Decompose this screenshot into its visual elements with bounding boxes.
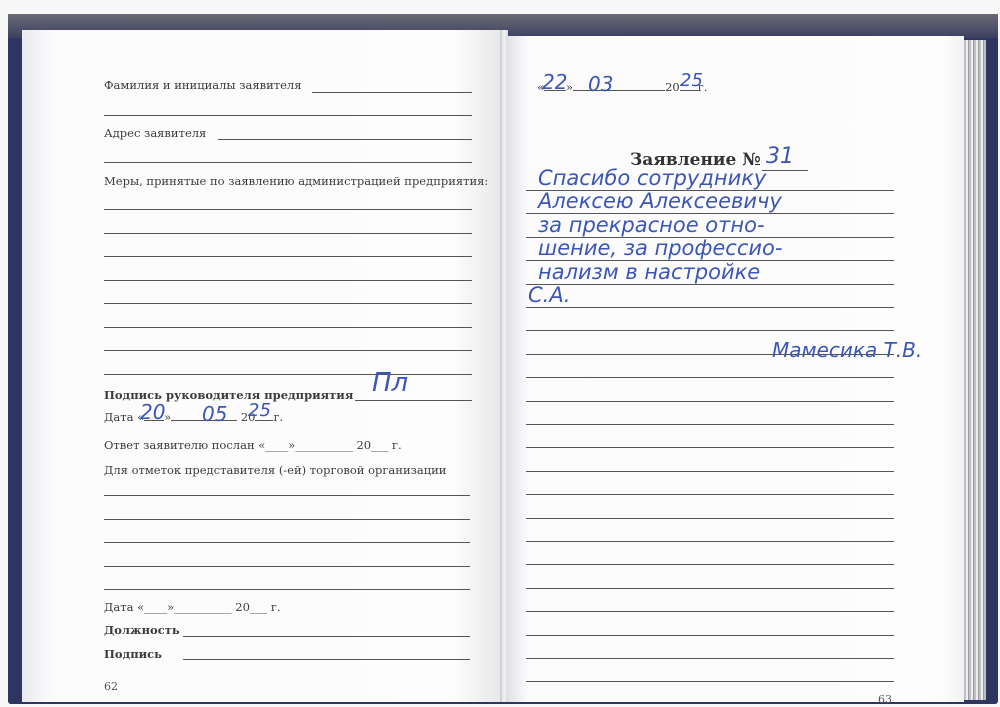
right-page: [508, 36, 964, 702]
statement-line[interactable]: [526, 518, 894, 519]
statement-line[interactable]: [526, 307, 894, 308]
statement-number: 31: [766, 144, 794, 169]
statement-line[interactable]: [526, 635, 894, 636]
book-gutter: [500, 30, 508, 702]
measures-line[interactable]: [104, 303, 472, 304]
measures-line[interactable]: [104, 209, 472, 210]
trade-org-label: Для отметок представителя (-ей) торговой…: [104, 463, 446, 477]
measures-label: Меры, принятые по заявлению администраци…: [104, 174, 488, 188]
statement-date-month: 03: [588, 72, 613, 96]
applicant-name-label: Фамилия и инициалы заявителя: [104, 78, 302, 92]
applicant-address-label: Адрес заявителя: [104, 126, 206, 140]
head-signature-field[interactable]: [355, 400, 472, 401]
statement-text-line: нализм в настройке: [538, 260, 760, 284]
measures-line[interactable]: [104, 327, 472, 328]
statement-text-line: Алексею Алексеевичу: [538, 189, 782, 213]
statement-number-field[interactable]: [762, 170, 808, 171]
statement-line[interactable]: [526, 471, 894, 472]
applicant-address-field[interactable]: [218, 139, 472, 140]
measures-line[interactable]: [104, 233, 472, 234]
signature-field[interactable]: [183, 659, 470, 660]
statement-line[interactable]: [526, 681, 894, 682]
head-date-day: 20: [140, 400, 165, 424]
statement-text-line: за прекрасное отно-: [538, 213, 765, 237]
statement-line[interactable]: [526, 330, 894, 331]
page-number-left: 62: [104, 680, 118, 693]
statement-line[interactable]: [526, 611, 894, 612]
author-signature: Мамесика Т.В.: [772, 338, 922, 362]
statement-line[interactable]: [526, 401, 894, 402]
head-date-month: 05: [202, 402, 227, 426]
statement-date-day: 22: [542, 70, 567, 94]
trade-org-line[interactable]: [104, 589, 470, 590]
measures-line[interactable]: [104, 374, 472, 375]
page-edges: [964, 40, 986, 700]
statement-line[interactable]: [526, 424, 894, 425]
statement-line[interactable]: [526, 564, 894, 565]
page-number-right: 63: [878, 693, 892, 706]
measures-line[interactable]: [104, 350, 472, 351]
head-date-year: 25: [248, 400, 271, 421]
statement-text-line: Спасибо сотруднику: [538, 166, 766, 190]
statement-text-line: С.А.: [528, 283, 570, 307]
reply-sent-label: Ответ заявителю послан «____»__________ …: [104, 438, 402, 452]
statement-line[interactable]: [526, 284, 894, 285]
statement-line[interactable]: [526, 494, 894, 495]
measures-line[interactable]: [104, 256, 472, 257]
signature-label: Подпись: [104, 647, 162, 661]
date-blank-label: Дата «____»__________ 20___ г.: [104, 600, 281, 614]
statement-date-month-field[interactable]: [573, 90, 665, 91]
statement-line[interactable]: [526, 447, 894, 448]
trade-org-line[interactable]: [104, 519, 470, 520]
trade-org-line[interactable]: [104, 542, 470, 543]
trade-org-line[interactable]: [104, 566, 470, 567]
applicant-name-field-2[interactable]: [104, 115, 472, 116]
statement-line[interactable]: [526, 588, 894, 589]
statement-date-year: 25: [680, 70, 703, 91]
statement-line[interactable]: [526, 377, 894, 378]
date-year-prefix: 20: [665, 80, 680, 94]
statement-text-line: шение, за профессио-: [538, 236, 782, 260]
position-field[interactable]: [183, 636, 470, 637]
applicant-address-field-2[interactable]: [104, 162, 472, 163]
position-label: Должность: [104, 623, 180, 637]
date-suffix: г.: [273, 410, 283, 424]
statement-line[interactable]: [526, 658, 894, 659]
measures-line[interactable]: [104, 280, 472, 281]
head-signature: Пл: [372, 368, 408, 398]
statement-line[interactable]: [526, 541, 894, 542]
date-label: Дата «: [104, 410, 144, 424]
trade-org-line[interactable]: [104, 495, 470, 496]
applicant-name-field[interactable]: [312, 92, 472, 93]
